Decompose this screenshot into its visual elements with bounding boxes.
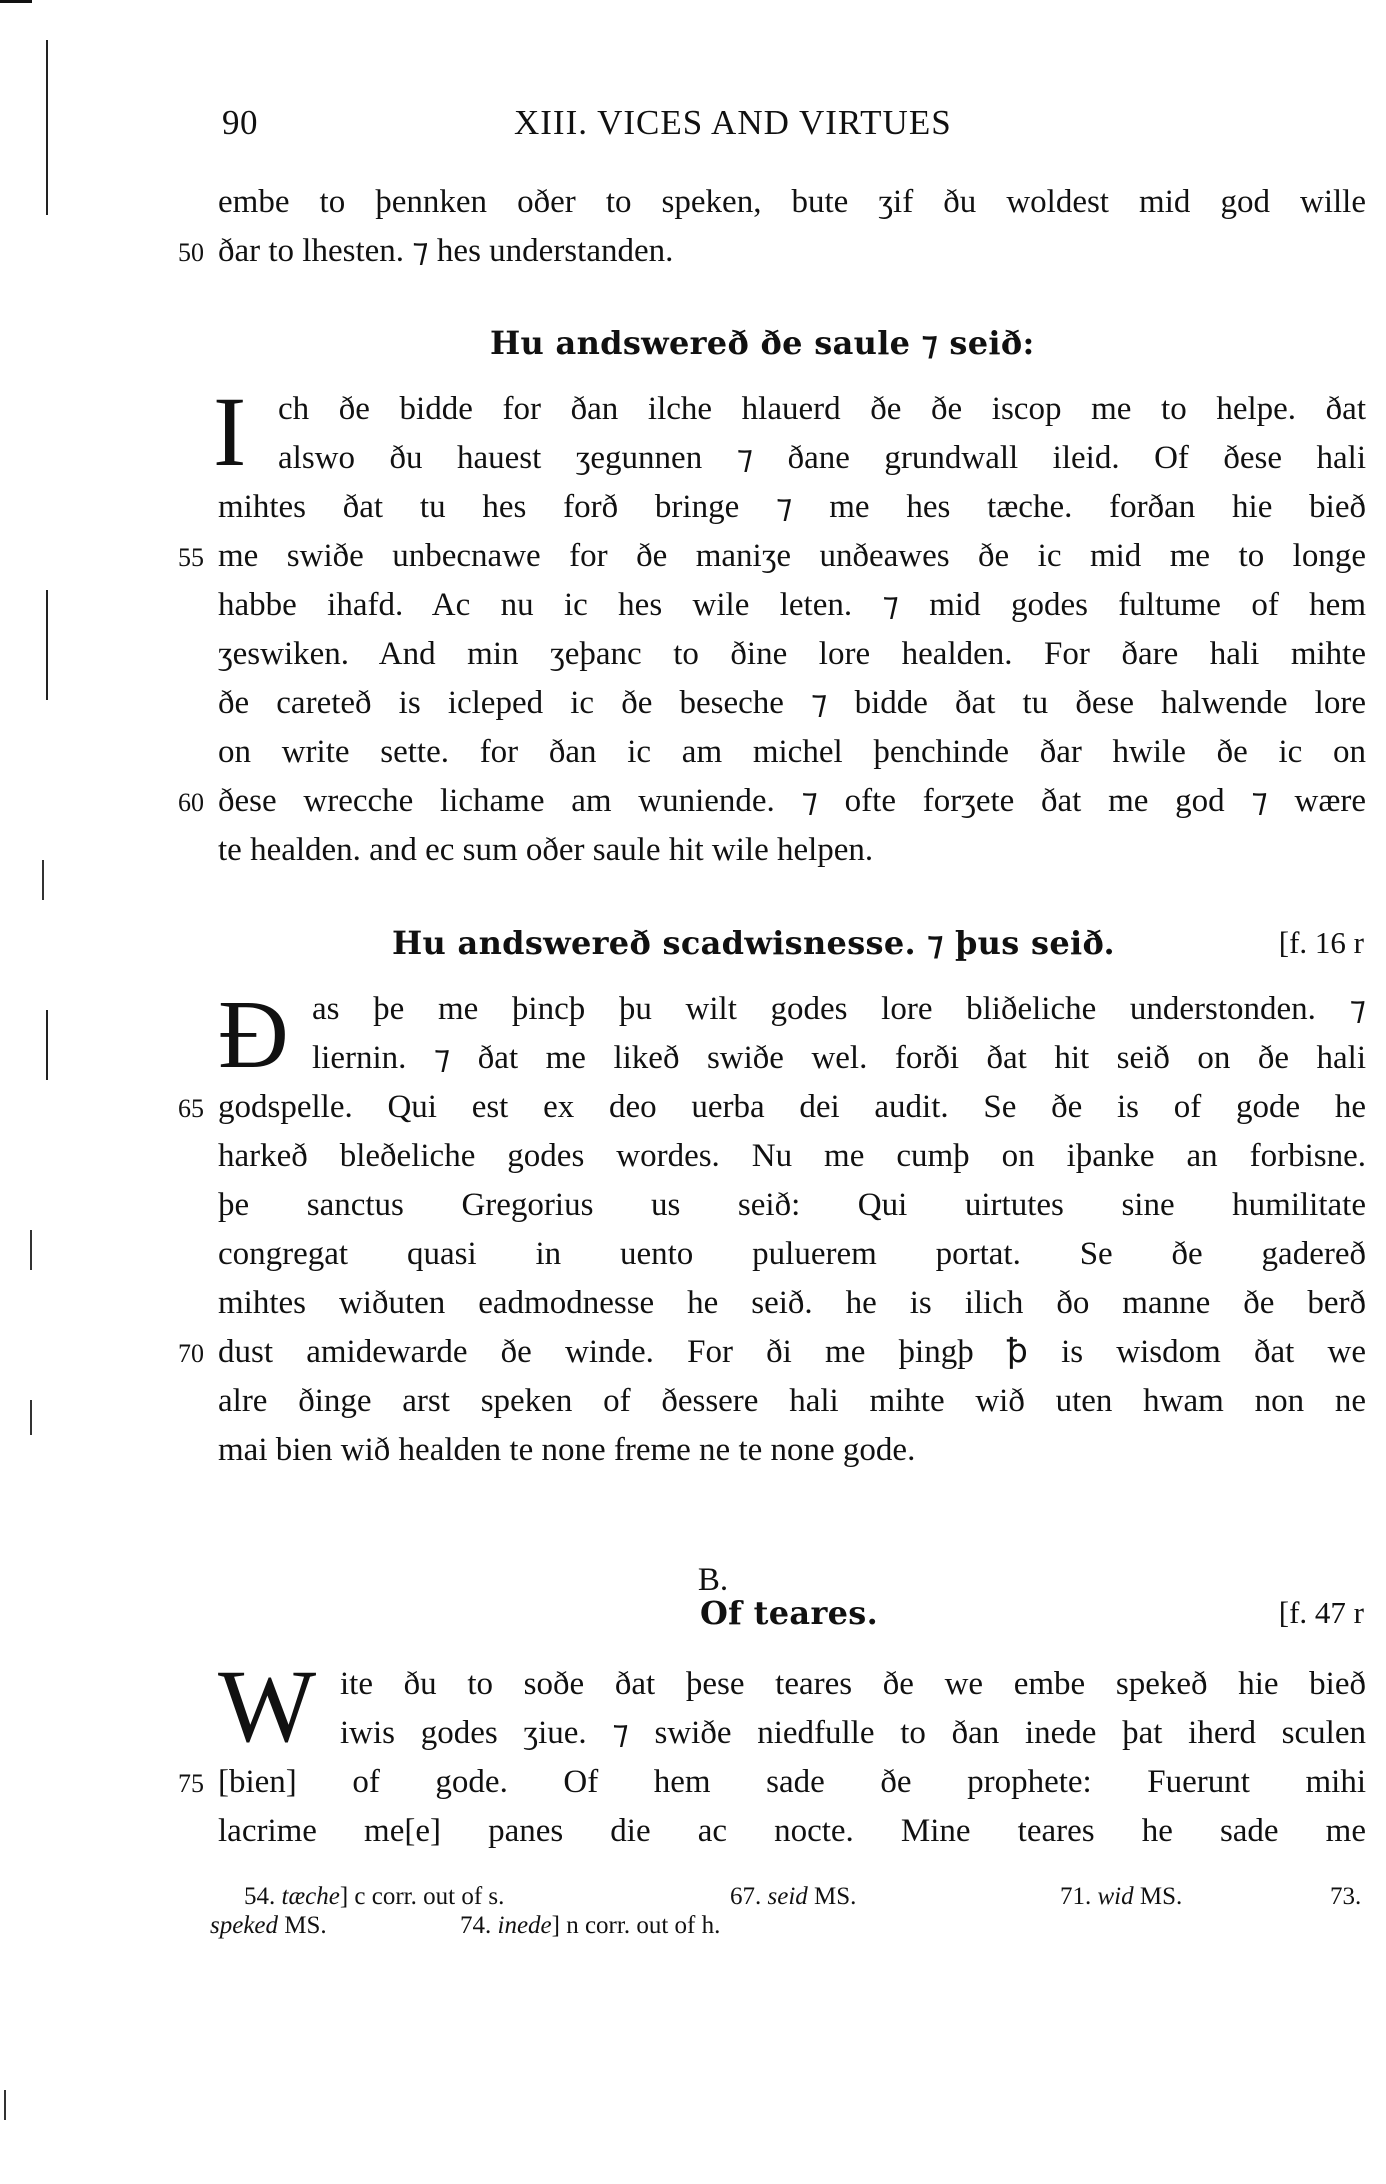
text-line: te healden. and ec sum oðer saule hit wi…	[218, 826, 1366, 875]
text-line: habbe ihafd. Ac nu ic hes wile leten. ⁊ …	[218, 581, 1366, 630]
text-line: alre ðinge arst speken of ðessere hali m…	[218, 1377, 1366, 1426]
footnote-number: 74.	[460, 1912, 491, 1939]
drop-cap: I	[213, 380, 246, 484]
scan-edge-artifact	[0, 0, 32, 3]
footnote-73: speked MS.	[210, 1911, 327, 1940]
section-heading: Hu andswereð scadwisnesse. ⁊ þus seið.	[392, 918, 1115, 968]
footnote-lemma: inede	[498, 1912, 552, 1939]
gutter-rule	[46, 40, 48, 215]
text-line: liernin. ⁊ ðat me likeð swiðe wel. forði…	[312, 1034, 1366, 1083]
footnote-lemma: wid	[1098, 1883, 1134, 1910]
drop-cap: Ð	[218, 983, 289, 1087]
footnote-lemma: seid	[768, 1883, 808, 1910]
text-line: iwis godes ʒiue. ⁊ swiðe niedfulle to ða…	[340, 1709, 1366, 1758]
line-number: 75	[178, 1758, 218, 1807]
text-line: alswo ðu hauest ʒegunnen ⁊ ðane grundwal…	[278, 434, 1366, 483]
gutter-mark	[42, 860, 44, 900]
footnote-number: 67.	[730, 1883, 761, 1910]
gutter-rule	[46, 1010, 48, 1080]
chapter-title: XIII. VICES AND VIRTUES	[514, 98, 952, 148]
text-line: godspelle. Qui est ex deo uerba dei audi…	[218, 1083, 1366, 1132]
text-line: ðar to lhesten. ⁊ hes understanden.	[218, 227, 1366, 276]
text-line: mihtes ðat tu hes forð bringe ⁊ me hes t…	[218, 483, 1366, 532]
line-number: 50	[178, 227, 218, 276]
text-line: me swiðe unbecnawe for ðe maniʒe unðeawe…	[218, 532, 1366, 581]
footnote-text: MS.	[1134, 1883, 1183, 1910]
gutter-mark	[30, 1230, 32, 1270]
footnote-text: MS.	[278, 1912, 327, 1939]
footnote-text: ] c corr. out of s.	[340, 1883, 505, 1910]
gutter-rule	[46, 590, 48, 700]
line-number: 60	[178, 777, 218, 826]
text-line: mihtes wiðuten eadmodnesse he seið. he i…	[218, 1279, 1366, 1328]
section-heading: Of teares.	[700, 1588, 878, 1638]
footnote-number: 54.	[244, 1883, 275, 1910]
text-line: lacrime me[e] panes die ac nocte. Mine t…	[218, 1807, 1366, 1856]
section-letter: B.	[0, 1555, 1386, 1605]
footnote-67: 67. seid MS.	[730, 1882, 856, 1911]
text-line: ite ðu to soðe ðat þese teares ðe we emb…	[340, 1660, 1366, 1709]
footnote-lemma: tæche	[282, 1883, 340, 1910]
line-number: 70	[178, 1328, 218, 1377]
gutter-mark	[30, 1400, 32, 1435]
text-line: [bien] of gode. Of hem sade ðe prophete:…	[218, 1758, 1366, 1807]
line-number: 55	[178, 532, 218, 581]
text-line: ðese wrecche lichame am wuniende. ⁊ ofte…	[218, 777, 1366, 826]
footnote-number: 71.	[1060, 1883, 1091, 1910]
folio-reference: [f. 47 r	[1279, 1588, 1364, 1638]
footnote-lemma: speked	[210, 1912, 278, 1939]
text-line: ch ðe bidde for ðan ilche hlauerd ðe ðe …	[278, 385, 1366, 434]
text-line: þe sanctus Gregorius us seið: Qui uirtut…	[218, 1181, 1366, 1230]
section-heading: Hu andswereð ðe saule ⁊ seið:	[490, 318, 1035, 368]
text-line: harkeð bleðeliche godes wordes. Nu me cu…	[218, 1132, 1366, 1181]
text-line: congregat quasi in uento puluerem portat…	[218, 1230, 1366, 1279]
text-line: dust amidewarde ðe winde. For ði me þing…	[218, 1328, 1366, 1377]
line-number: 65	[178, 1083, 218, 1132]
page-number: 90	[222, 98, 258, 148]
text-line: ʒeswiken. And min ʒeþanc to ðine lore he…	[218, 630, 1366, 679]
footnote-71: 71. wid MS.	[1060, 1882, 1182, 1911]
text-line: as þe me þincþ þu wilt godes lore bliðel…	[312, 985, 1366, 1034]
text-line: mai bien wið healden te none freme ne te…	[218, 1426, 1366, 1475]
footnote-row: 54. tæche] c corr. out of s. 67. seid MS…	[210, 1882, 1370, 1911]
running-head: 90 XIII. VICES AND VIRTUES	[222, 98, 1372, 148]
footnotes: 54. tæche] c corr. out of s. 67. seid MS…	[210, 1882, 1370, 1940]
text-line: embe to þennken oðer to speken, bute ʒif…	[218, 178, 1366, 227]
text-line: ðe careteð is icleped ic ðe beseche ⁊ bi…	[218, 679, 1366, 728]
footnote-54: 54. tæche] c corr. out of s.	[244, 1882, 504, 1911]
footnote-text: MS.	[808, 1883, 857, 1910]
footnote-row: speked MS. 74. inede] n corr. out of h.	[210, 1911, 1370, 1940]
folio-reference: [f. 16 r	[1279, 918, 1364, 968]
footnote-73-number: 73.	[1330, 1882, 1361, 1911]
footnote-74: 74. inede] n corr. out of h.	[460, 1911, 720, 1940]
drop-cap: W	[218, 1655, 316, 1759]
text-line: on write sette. for ðan ic am michel þen…	[218, 728, 1366, 777]
gutter-mark	[4, 2090, 6, 2120]
footnote-text: ] n corr. out of h.	[552, 1912, 721, 1939]
